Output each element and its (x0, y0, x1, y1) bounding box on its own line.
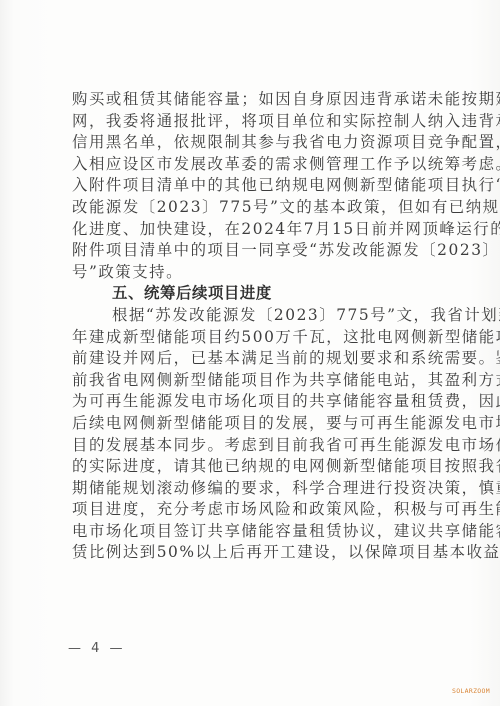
text-line: 号”政策支持。 (72, 262, 444, 284)
paragraph-continued: 购买或租赁其储能容量；如因自身原因违背承诺未能按期建成并 网，我委将通报批评，将… (72, 89, 444, 283)
text-line: 期储能规划滚动修编的要求，科学合理进行投资决策，慎重安排 (72, 478, 444, 500)
text-line: 为可再生能源发电市场化项目的共享储能容量租赁费，因此我省 (72, 391, 444, 413)
text-line: 后续电网侧新型储能项目的发展，要与可再生能源发电市场化项 (72, 413, 444, 435)
text-line: 前我省电网侧新型储能项目作为共享储能电站，其盈利方式主要 (72, 370, 444, 392)
text-line: 信用黑名单，依规限制其参与我省电力资源项目竞争配置，并纳 (72, 132, 444, 154)
paragraph-section-5: 根据“苏发改能源发〔2023〕775号”文，我省计划到2027 年建成新型储能项… (72, 305, 444, 564)
text-line: 附件项目清单中的项目一同享受“苏发改能源发〔2023〕1375 (72, 240, 444, 262)
text-line: 改能源发〔2023〕775号”文的基本政策，但如有已纳规项目优 (72, 197, 444, 219)
text-line: 赁比例达到50%以上后再开工建设，以保障项目基本收益，避免 (72, 542, 444, 564)
text-line: 年建成新型储能项目约500万千瓦，这批电网侧新型储能项目提 (72, 327, 444, 349)
text-line: 网，我委将通报批评，将项目单位和实际控制人纳入违背承诺的 (72, 111, 444, 133)
text-line: 化进度、加快建设，在2024年7月15日前并网顶峰运行的，可与 (72, 219, 444, 241)
text-line: 的实际进度，请其他已纳规的电网侧新型储能项目按照我省中长 (72, 456, 444, 478)
text-line: 购买或租赁其储能容量；如因自身原因违背承诺未能按期建成并 (72, 89, 444, 111)
document-body: 购买或租赁其储能容量；如因自身原因违背承诺未能按期建成并 网，我委将通报批评，将… (72, 89, 444, 564)
text-line: 项目进度，充分考虑市场风险和政策风险，积极与可再生能源发 (72, 499, 444, 521)
text-line: 前建设并网后，已基本满足当前的规划要求和系统需要。鉴于目 (72, 348, 444, 370)
text-line: 根据“苏发改能源发〔2023〕775号”文，我省计划到2027 (72, 305, 444, 327)
text-line: 目的发展基本同步。考虑到目前我省可再生能源发电市场化项目 (72, 435, 444, 457)
page-number: — 4 — (68, 641, 126, 656)
text-line: 入相应设区市发展改革委的需求侧管理工作予以统筹考虑。未列 (72, 154, 444, 176)
section-heading: 五、统筹后续项目进度 (72, 283, 444, 305)
watermark-logo: SOLARZOOM (452, 687, 490, 695)
text-line: 入附件项目清单中的其他已纳规电网侧新型储能项目执行“苏发 (72, 175, 444, 197)
text-line: 电市场化项目签订共享储能容量租赁协议，建议共享储能容量租 (72, 521, 444, 543)
